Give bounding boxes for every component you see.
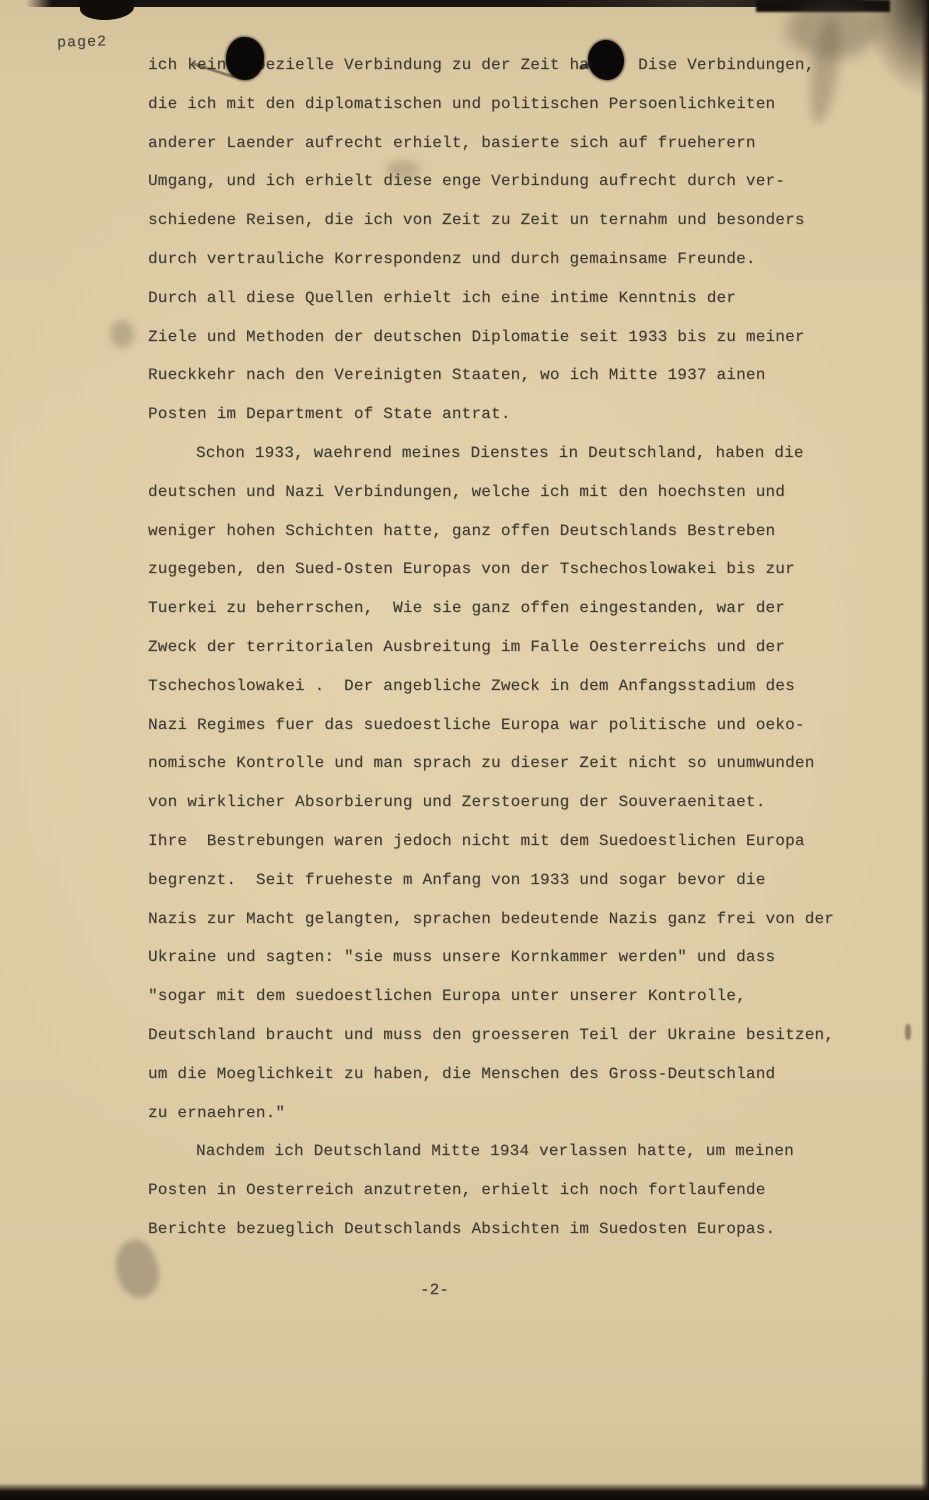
text-line: Berichte bezueglich Deutschlands Absicht… xyxy=(148,1210,888,1249)
text-line: anderer Laender aufrecht erhielt, basier… xyxy=(148,124,888,163)
text-line: Posten in Oesterreich anzutreten, erhiel… xyxy=(148,1171,888,1210)
text-line: Nazis zur Macht gelangten, sprachen bede… xyxy=(148,900,888,939)
text-line: weniger hohen Schichten hatte, ganz offe… xyxy=(148,512,888,551)
text-line: Ukraine und sagten: "sie muss unsere Kor… xyxy=(148,938,888,977)
text-line: Durch all diese Quellen erhielt ich eine… xyxy=(148,279,888,318)
text-line: von wirklicher Absorbierung und Zerstoer… xyxy=(148,783,888,822)
stain xyxy=(905,1024,911,1040)
page-corner-label: page2 xyxy=(57,33,107,51)
text-line: Nazi Regimes fuer das suedoestliche Euro… xyxy=(148,706,888,745)
text-line: zu ernaehren." xyxy=(148,1094,888,1133)
page-edge-top-left-mark xyxy=(79,0,135,22)
punch-hole xyxy=(226,37,264,80)
text-line: Deutschland braucht und muss den groesse… xyxy=(148,1016,888,1055)
text-line: "sogar mit dem suedoestlichen Europa unt… xyxy=(148,977,888,1016)
text-line: die ich mit den diplomatischen und polit… xyxy=(148,85,888,124)
typewritten-text-block: ich keine spezielle Verbindung zu der Ze… xyxy=(148,46,888,1249)
text-line: Schon 1933, waehrend meines Dienstes in … xyxy=(148,434,888,473)
text-line: Nachdem ich Deutschland Mitte 1934 verla… xyxy=(148,1132,888,1171)
text-line: Ziele und Methoden der deutschen Diploma… xyxy=(148,318,888,357)
text-line: Tschechoslowakei . Der angebliche Zweck … xyxy=(148,667,888,706)
stain xyxy=(110,320,134,348)
page-edge-bottom xyxy=(0,1483,929,1500)
text-line: nomische Kontrolle und man sprach zu die… xyxy=(148,744,888,783)
text-line: Zweck der territorialen Ausbreitung im F… xyxy=(148,628,888,667)
text-line: schiedene Reisen, die ich von Zeit zu Ze… xyxy=(148,201,888,240)
page-number: -2- xyxy=(420,1281,449,1299)
text-line: zugegeben, den Sued-Osten Europas von de… xyxy=(148,550,888,589)
text-line: Umgang, und ich erhielt diese enge Verbi… xyxy=(148,162,888,201)
text-line: Posten im Department of State antrat. xyxy=(148,395,888,434)
text-line: deutschen und Nazi Verbindungen, welche … xyxy=(148,473,888,512)
punch-hole xyxy=(588,40,624,80)
text-line: Rueckkehr nach den Vereinigten Staaten, … xyxy=(148,356,888,395)
text-line: durch vertrauliche Korrespondenz und dur… xyxy=(148,240,888,279)
scanned-document-page: page2 ich keine spezielle Verbindung zu … xyxy=(0,0,929,1500)
text-line: Ihre Bestrebungen waren jedoch nicht mit… xyxy=(148,822,888,861)
page-edge-right xyxy=(921,0,929,1500)
text-line: Tuerkei zu beherrschen, Wie sie ganz off… xyxy=(148,589,888,628)
text-line: um die Moeglichkeit zu haben, die Mensch… xyxy=(148,1055,888,1094)
text-line: begrenzt. Seit frueheste m Anfang von 19… xyxy=(148,861,888,900)
